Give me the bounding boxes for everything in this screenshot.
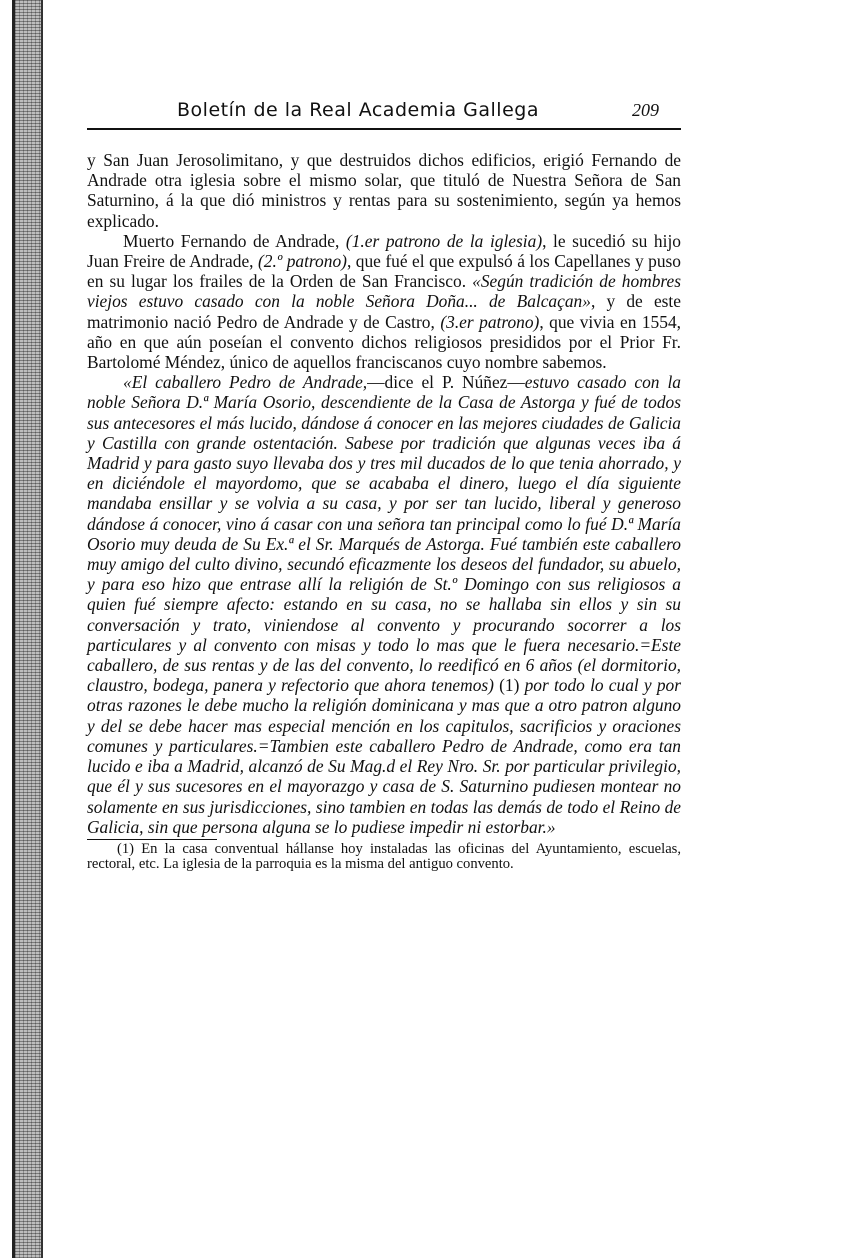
book-binding-edge <box>12 0 43 1258</box>
book-page: Boletín de la Real Academia Gallega 209 … <box>87 96 681 873</box>
footnote: (1) En la casa conventual hállanse hoy i… <box>87 842 681 873</box>
paragraph-2: Muerto Fernando de Andrade, (1.er patron… <box>87 231 681 372</box>
quote-run: estuvo casado con la noble Señora D.ª Ma… <box>87 372 681 695</box>
quote-run: por todo lo cual y por otras razones le … <box>87 675 681 836</box>
text-run: Muerto Fernando de Andrade, <box>123 231 346 251</box>
italic-run: (3.er patrono) <box>440 312 539 332</box>
quote-run: «El caballero Pedro de Andrade, <box>123 372 367 392</box>
footnote-ref: (1) <box>499 675 519 695</box>
running-header: Boletín de la Real Academia Gallega 209 <box>87 96 681 126</box>
text-run: —dice el P. Núñez— <box>367 372 525 392</box>
paragraph-1: y San Juan Jerosolimitano, y que destrui… <box>87 150 681 231</box>
body-text: y San Juan Jerosolimitano, y que destrui… <box>87 150 681 837</box>
footnote-text: (1) En la casa conventual hállanse hoy i… <box>87 842 681 873</box>
italic-run: (1.er patrono de la iglesia) <box>346 231 542 251</box>
header-rule <box>87 128 681 130</box>
page-number: 209 <box>632 100 659 121</box>
paragraph-3-quote: «El caballero Pedro de Andrade,—dice el … <box>87 372 681 837</box>
journal-title: Boletín de la Real Academia Gallega <box>177 99 539 121</box>
italic-run: (2.º patrono) <box>258 251 347 271</box>
footnote-rule <box>87 839 217 840</box>
